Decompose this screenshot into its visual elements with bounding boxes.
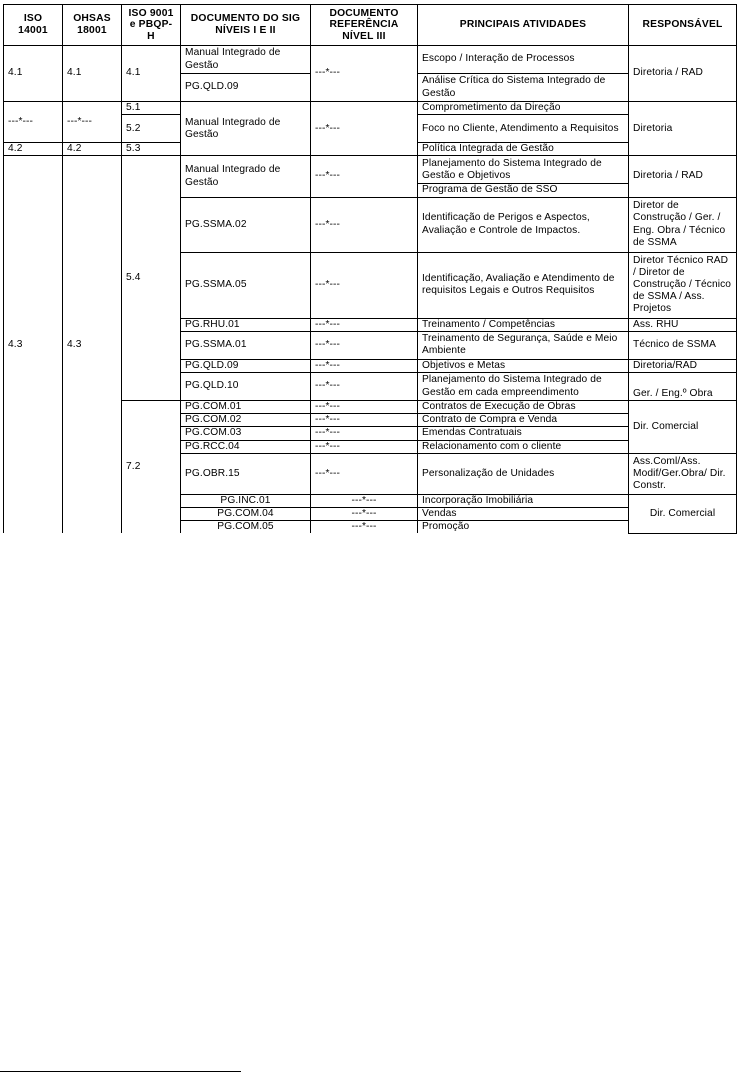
cell-atividade: Planejamento do Sistema Integrado de Ges… — [418, 156, 629, 184]
cell-ohsas: ---*--- — [63, 102, 122, 143]
cell-atividade: Identificação de Perigos e Aspectos, Ava… — [418, 197, 629, 252]
cell-atividade: Contratos de Execução de Obras — [418, 401, 629, 414]
cell-doc-ref: ---*--- — [311, 102, 418, 156]
header-ohsas18001: OHSAS 18001 — [63, 5, 122, 46]
cell-doc: PG.COM.05 — [181, 521, 311, 534]
cell-doc-ref: ---*--- — [311, 359, 418, 372]
footnote-separator — [0, 1071, 241, 1072]
cell-atividade: Foco no Cliente, Atendimento a Requisito… — [418, 115, 629, 143]
table-row: 4.3 4.3 5.4 Manual Integrado de Gestão -… — [4, 156, 737, 184]
cell-atividade: Promoção — [418, 521, 629, 534]
cell-iso14001: 4.3 — [4, 156, 63, 534]
cell-responsavel: Diretoria/RAD — [629, 359, 737, 372]
cell-atividade: Análise Crítica do Sistema Integrado de … — [418, 74, 629, 102]
cell-doc: PG.SSMA.01 — [181, 331, 311, 359]
cell-doc: Manual Integrado de Gestão — [181, 46, 311, 74]
cell-doc-ref: ---*--- — [311, 521, 418, 534]
cell-doc-ref: ---*--- — [311, 414, 418, 427]
cell-atividade: Escopo / Interação de Processos — [418, 46, 629, 74]
cell-doc: PG.INC.01 — [181, 494, 311, 507]
cell-doc-ref: ---*--- — [311, 318, 418, 331]
cell-iso14001: 4.1 — [4, 46, 63, 102]
cell-responsavel: Ass. RHU — [629, 318, 737, 331]
header-iso9001: ISO 9001 e PBQP-H — [122, 5, 181, 46]
cell-responsavel: Dir. Comercial — [629, 494, 737, 533]
header-doc-ref: DOCUMENTO REFERÊNCIA NÍVEL III — [311, 5, 418, 46]
cell-doc: PG.SSMA.02 — [181, 197, 311, 252]
cell-doc: PG.COM.02 — [181, 414, 311, 427]
cell-doc: PG.QLD.09 — [181, 359, 311, 372]
cell-iso14001: ---*--- — [4, 102, 63, 143]
cell-atividade: Contrato de Compra e Venda — [418, 414, 629, 427]
cell-doc: Manual Integrado de Gestão — [181, 156, 311, 197]
cell-doc: PG.QLD.10 — [181, 373, 311, 401]
cell-doc: PG.COM.04 — [181, 508, 311, 521]
cell-doc-ref: ---*--- — [311, 427, 418, 440]
cell-responsavel: Ass.Coml/Ass. Modif/Ger.Obra/ Dir. Const… — [629, 453, 737, 494]
cell-iso9001: 5.3 — [122, 143, 181, 156]
cell-doc: PG.SSMA.05 — [181, 252, 311, 318]
header-iso14001: ISO 14001 — [4, 5, 63, 46]
cell-iso14001: 4.2 — [4, 143, 63, 156]
cell-atividade: Personalização de Unidades — [418, 453, 629, 494]
cell-iso9001: 7.2 — [122, 401, 181, 534]
cell-doc-ref: ---*--- — [311, 508, 418, 521]
cell-responsavel: Técnico de SSMA — [629, 331, 737, 359]
document-page: ISO 14001 OHSAS 18001 ISO 9001 e PBQP-H … — [0, 0, 738, 1074]
cell-doc-ref: ---*--- — [311, 197, 418, 252]
cell-ohsas: 4.2 — [63, 143, 122, 156]
table-header-row: ISO 14001 OHSAS 18001 ISO 9001 e PBQP-H … — [4, 5, 737, 46]
cell-atividade: Treinamento / Competências — [418, 318, 629, 331]
cell-doc-ref: ---*--- — [311, 252, 418, 318]
cell-doc-ref: ---*--- — [311, 156, 418, 197]
cell-responsavel: Ger. / Eng.º Obra — [629, 373, 737, 401]
cell-atividade: Incorporação Imobiliária — [418, 494, 629, 507]
cell-doc: PG.RCC.04 — [181, 440, 311, 453]
cell-doc: PG.RHU.01 — [181, 318, 311, 331]
header-doc-sig: DOCUMENTO DO SIG NÍVEIS I E II — [181, 5, 311, 46]
cell-doc: PG.QLD.09 — [181, 74, 311, 102]
cell-atividade: Vendas — [418, 508, 629, 521]
cell-doc-ref: ---*--- — [311, 494, 418, 507]
cell-ohsas: 4.1 — [63, 46, 122, 102]
cell-atividade: Objetivos e Metas — [418, 359, 629, 372]
table-row: 4.1 4.1 4.1 Manual Integrado de Gestão -… — [4, 46, 737, 74]
cell-responsavel: Diretor de Construção / Ger. / Eng. Obra… — [629, 197, 737, 252]
cell-atividade: Emendas Contratuais — [418, 427, 629, 440]
cell-responsavel: Diretor Técnico RAD / Diretor de Constru… — [629, 252, 737, 318]
cell-doc: Manual Integrado de Gestão — [181, 102, 311, 156]
cell-atividade: Identificação, Avaliação e Atendimento d… — [418, 252, 629, 318]
cell-responsavel: Dir. Comercial — [629, 401, 737, 454]
cell-doc: PG.COM.01 — [181, 401, 311, 414]
sig-requirements-table: ISO 14001 OHSAS 18001 ISO 9001 e PBQP-H … — [3, 4, 737, 534]
cell-doc-ref: ---*--- — [311, 373, 418, 401]
cell-ohsas: 4.3 — [63, 156, 122, 534]
cell-doc-ref: ---*--- — [311, 46, 418, 102]
cell-atividade: Planejamento do Sistema Integrado de Ges… — [418, 373, 629, 401]
cell-atividade: Programa de Gestão de SSO — [418, 184, 629, 197]
cell-iso9001: 5.4 — [122, 156, 181, 401]
cell-doc: PG.OBR.15 — [181, 453, 311, 494]
header-responsavel: RESPONSÁVEL — [629, 5, 737, 46]
cell-atividade: Política Integrada de Gestão — [418, 143, 629, 156]
cell-atividade: Treinamento de Segurança, Saúde e Meio A… — [418, 331, 629, 359]
cell-responsavel: Diretoria / RAD — [629, 156, 737, 197]
cell-doc-ref: ---*--- — [311, 440, 418, 453]
cell-atividade: Comprometimento da Direção — [418, 102, 629, 115]
cell-iso9001: 4.1 — [122, 46, 181, 102]
cell-responsavel: Diretoria — [629, 102, 737, 156]
cell-doc-ref: ---*--- — [311, 331, 418, 359]
cell-doc-ref: ---*--- — [311, 401, 418, 414]
cell-responsavel: Diretoria / RAD — [629, 46, 737, 102]
cell-doc: PG.COM.03 — [181, 427, 311, 440]
table-row: ---*--- ---*--- 5.1 Manual Integrado de … — [4, 102, 737, 115]
cell-iso9001: 5.2 — [122, 115, 181, 143]
cell-doc-ref: ---*--- — [311, 453, 418, 494]
cell-atividade: Relacionamento com o cliente — [418, 440, 629, 453]
header-atividades: PRINCIPAIS ATIVIDADES — [418, 5, 629, 46]
cell-iso9001: 5.1 — [122, 102, 181, 115]
